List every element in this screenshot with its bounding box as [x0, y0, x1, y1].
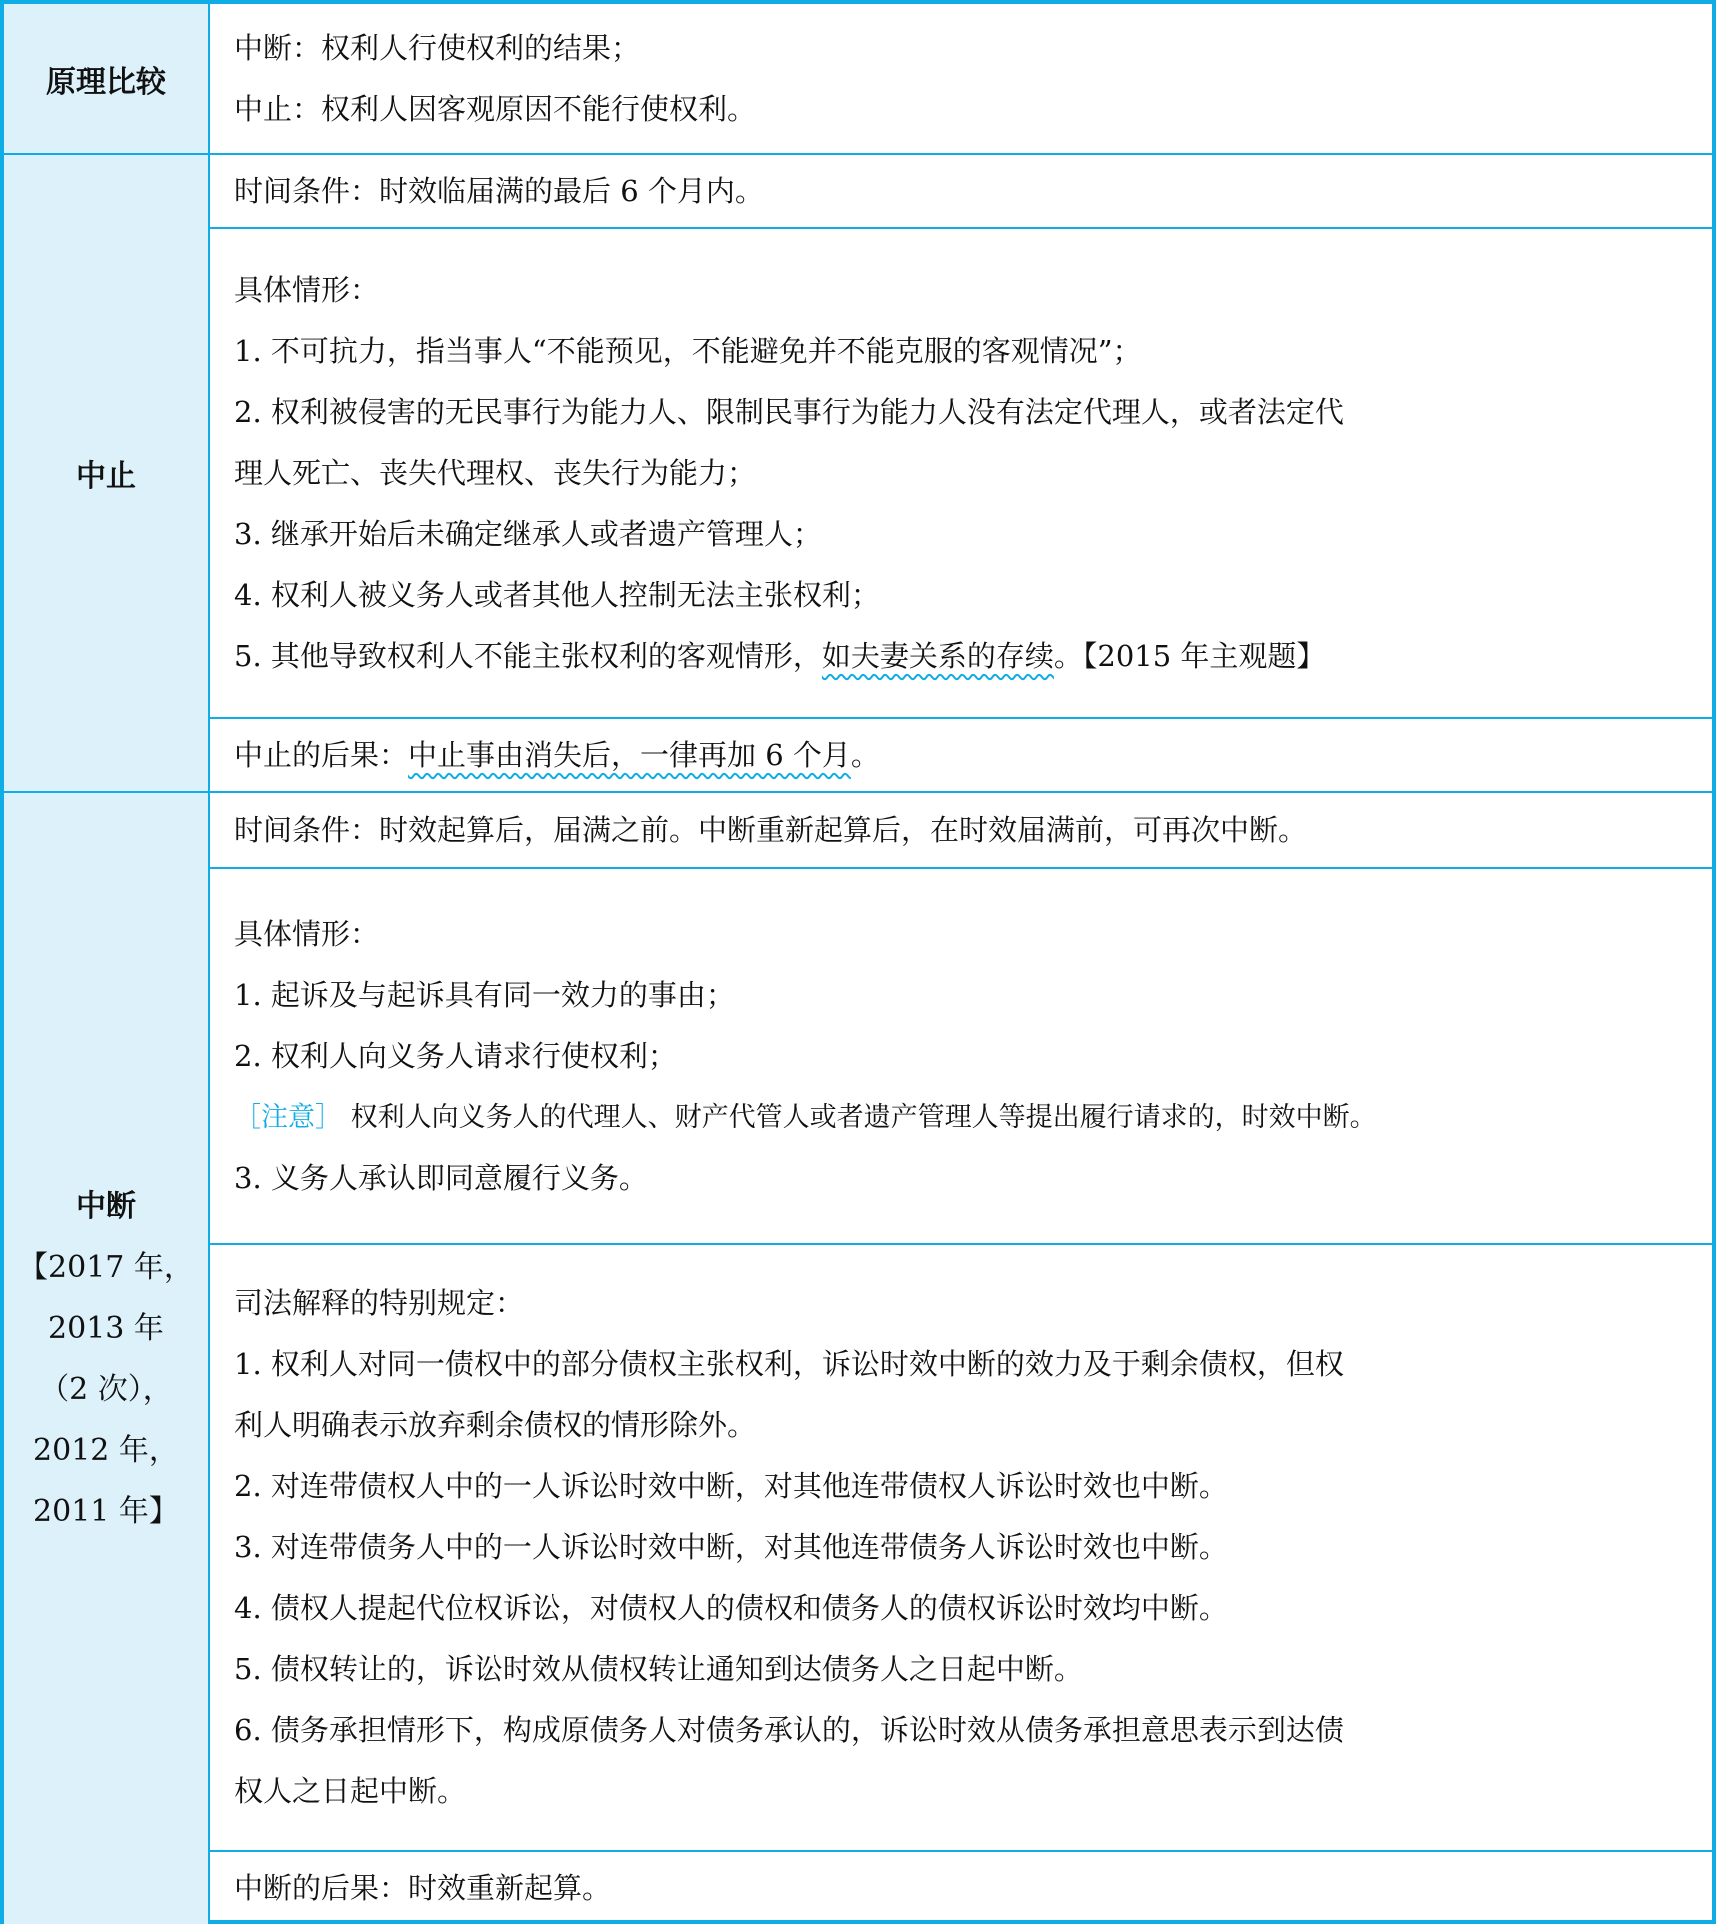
- principle-line: 中止：权利人因客观原因不能行使权利。: [234, 79, 1702, 140]
- emphasized-text: 中止事由消失后，一律再加 6 个月: [408, 738, 851, 772]
- list-item: 权人之日起中断。: [234, 1761, 1702, 1822]
- interruption-situations: 具体情形： 1. 起诉及与起诉具有同一效力的事由； 2. 权利人向义务人请求行使…: [210, 869, 1712, 1243]
- interruption-time-condition: 时间条件：时效起算后，届满之前。中断重新起算后，在时效届满前，可再次中断。: [210, 793, 1712, 867]
- judicial-interpretation: 司法解释的特别规定： 1. 权利人对同一债权中的部分债权主张权利，诉讼时效中断的…: [210, 1245, 1712, 1850]
- interruption-consequence: 中断的后果：时效重新起算。: [210, 1852, 1712, 1924]
- consequence-text: 中断的后果：时效重新起算。: [234, 1858, 1702, 1919]
- emphasized-text: 如夫妻关系的存续: [822, 639, 1054, 673]
- time-condition-text: 时间条件：时效起算后，届满之前。中断重新起算后，在时效届满前，可再次中断。: [234, 800, 1702, 861]
- note-tag: ［注意］: [234, 1102, 342, 1133]
- list-item: 利人明确表示放弃剩余债权的情形除外。: [234, 1395, 1702, 1456]
- list-item: 2. 对连带债权人中的一人诉讼时效中断，对其他连带债权人诉讼时效也中断。: [234, 1456, 1702, 1517]
- time-condition-text: 时间条件：时效临届满的最后 6 个月内。: [234, 161, 1702, 222]
- label-text: 中止: [76, 451, 136, 495]
- exam-years: 2012 年，: [33, 1420, 179, 1481]
- list-item: 4. 债权人提起代位权诉讼，对债权人的债权和债务人的债权诉讼时效均中断。: [234, 1578, 1702, 1639]
- exam-years: 2011 年】: [33, 1481, 179, 1542]
- label-interruption: 中断 【2017 年， 2013 年 （2 次）， 2012 年， 2011 年…: [4, 793, 210, 1924]
- punctuation: 。: [851, 738, 880, 772]
- principle-cell: 中断：权利人行使权利的结果； 中止：权利人因客观原因不能行使权利。: [210, 4, 1712, 153]
- label-text: 原理比较: [46, 57, 166, 101]
- exam-years: 2013 年: [48, 1298, 164, 1359]
- consequence-label: 中止的后果：: [234, 738, 408, 772]
- exam-years: （2 次），: [39, 1359, 173, 1420]
- exam-years: 【2017 年，: [18, 1237, 194, 1298]
- label-suspension: 中止: [4, 155, 210, 791]
- section-title: 司法解释的特别规定：: [234, 1273, 1702, 1334]
- suspension-situations: 具体情形： 1. 不可抗力，指当事人“不能预见，不能避免并不能克服的客观情况”；…: [210, 229, 1712, 717]
- label-text: 中断: [76, 1176, 136, 1237]
- list-item: 3. 继承开始后未确定继承人或者遗产管理人；: [234, 504, 1702, 565]
- exam-reference: 。【2015 年主观题】: [1054, 639, 1326, 673]
- list-item: 4. 权利人被义务人或者其他人控制无法主张权利；: [234, 565, 1702, 626]
- list-item: 3. 对连带债务人中的一人诉讼时效中断，对其他连带债务人诉讼时效也中断。: [234, 1517, 1702, 1578]
- section-title: 具体情形：: [234, 904, 1702, 965]
- list-item: 理人死亡、丧失代理权、丧失行为能力；: [234, 443, 1702, 504]
- limitation-comparison-table: 原理比较 中断：权利人行使权利的结果； 中止：权利人因客观原因不能行使权利。 中…: [0, 0, 1716, 1924]
- list-item: 2. 权利人向义务人请求行使权利；: [234, 1026, 1702, 1087]
- list-item: 3. 义务人承认即同意履行义务。: [234, 1148, 1702, 1209]
- list-item: 5. 债权转让的，诉讼时效从债权转让通知到达债务人之日起中断。: [234, 1639, 1702, 1700]
- note-text: 权利人向义务人的代理人、财产代管人或者遗产管理人等提出履行请求的，时效中断。: [342, 1102, 1377, 1133]
- list-item: 1. 权利人对同一债权中的部分债权主张权利，诉讼时效中断的效力及于剩余债权，但权: [234, 1334, 1702, 1395]
- list-item: 2. 权利被侵害的无民事行为能力人、限制民事行为能力人没有法定代理人，或者法定代: [234, 382, 1702, 443]
- suspension-consequence: 中止的后果：中止事由消失后，一律再加 6 个月。: [210, 719, 1712, 791]
- note: ［注意］ 权利人向义务人的代理人、财产代管人或者遗产管理人等提出履行请求的，时效…: [234, 1087, 1702, 1148]
- list-item: 6. 债务承担情形下，构成原债务人对债务承认的，诉讼时效从债务承担意思表示到达债: [234, 1700, 1702, 1761]
- list-item: 5. 其他导致权利人不能主张权利的客观情形，如夫妻关系的存续。【2015 年主观…: [234, 626, 1702, 687]
- section-title: 具体情形：: [234, 260, 1702, 321]
- item-text: 5. 其他导致权利人不能主张权利的客观情形，: [234, 639, 822, 673]
- list-item: 1. 不可抗力，指当事人“不能预见，不能避免并不能克服的客观情况”；: [234, 321, 1702, 382]
- principle-line: 中断：权利人行使权利的结果；: [234, 18, 1702, 79]
- label-principle: 原理比较: [4, 4, 210, 153]
- suspension-time-condition: 时间条件：时效临届满的最后 6 个月内。: [210, 155, 1712, 227]
- list-item: 1. 起诉及与起诉具有同一效力的事由；: [234, 965, 1702, 1026]
